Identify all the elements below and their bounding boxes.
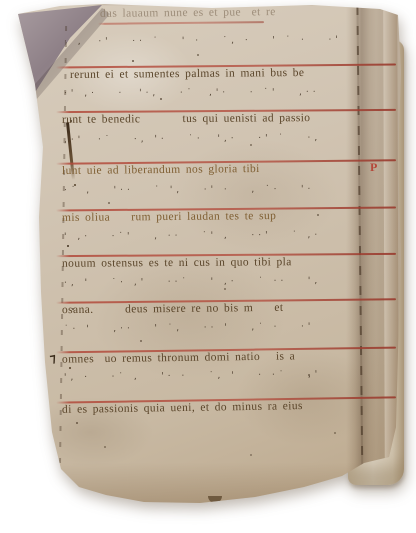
- rubric-initial: P: [370, 160, 377, 175]
- chant-text-line: dus lauaum nune es et pue et re: [100, 5, 276, 21]
- staff-line: [98, 21, 264, 24]
- page-right-edge: [383, 8, 399, 458]
- neume-line: ' ,· ·˙' , ·· ˙' , ··' ˙ ,·: [64, 230, 370, 242]
- neume-line: ˙· ' ,·· ' ˙, ·· ' ,˙ · ·': [64, 321, 370, 334]
- chant-text-line: mis oliua rum pueri laudan tes te sup: [62, 209, 276, 225]
- chant-text-line: nouum ostensus es te ni cus in quo tibi …: [62, 255, 292, 271]
- chant-text-line: rerunt ei et sumentes palmas in mani bus…: [70, 66, 305, 82]
- neume-line: ·˙ , '·· ˙ ', ·' · , ˙· '·: [64, 184, 370, 196]
- neume-line: ', · ·˙ , '· · ˙, ' · ·˙ ,': [64, 369, 370, 383]
- manuscript-page: dus lauaum nune es et pue et re · , ·' ·…: [12, 2, 404, 508]
- chant-text-line: runt te benedic tus qui uenisti ad passi…: [62, 111, 311, 127]
- page-shadow: dus lauaum nune es et pue et re · , ·' ·…: [0, 0, 416, 533]
- neume-line: · , ·' ·· ˙ ' · ˙, · ' ˙ · ·': [64, 35, 370, 47]
- neume-line: ·' ,· · '·, ·˙ ,'· · ˙' ,··: [64, 87, 370, 99]
- ink-specks: [12, 2, 14, 4]
- chant-text-line: omnes uo remus thronum domi natio is a: [62, 349, 295, 366]
- chant-text-line: osana. deus misere re no bis m et: [62, 301, 284, 317]
- chant-text-line: di es passionis quia ueni, et do minus r…: [62, 399, 303, 417]
- marginal-mark: ⁊: [49, 351, 57, 367]
- chant-text-line: lunt uie ad liberandum nos gloria tibi: [62, 162, 260, 178]
- photo-background: dus lauaum nune es et pue et re · , ·' ·…: [0, 0, 416, 533]
- neume-line: ,·' ·˙ ·, '· ˙· ',· ·' ˙ ·,: [64, 133, 370, 146]
- neume-line: ·, ' ˙· ,' ··˙ ' ,· ˙ ·· ',: [64, 276, 370, 289]
- edge-tear: [208, 496, 222, 503]
